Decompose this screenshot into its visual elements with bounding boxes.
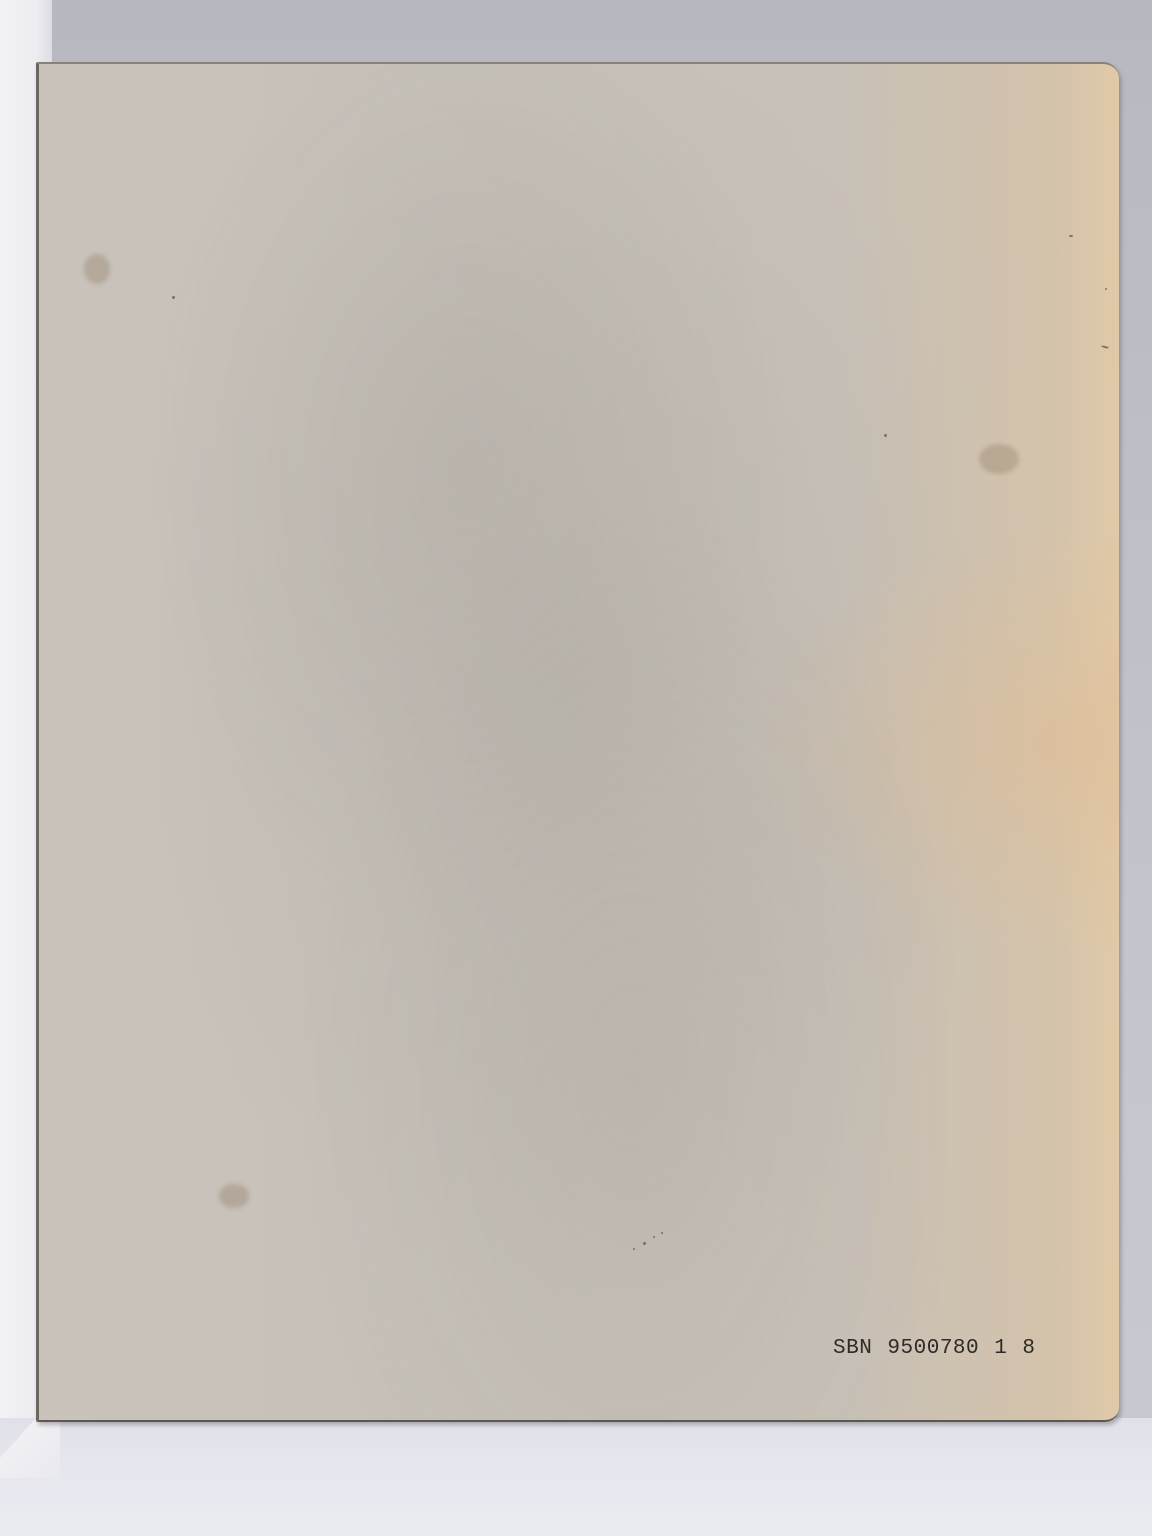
paper-stain [84,254,110,284]
paper-speck [172,296,175,299]
paper-speck [633,1248,635,1250]
sbn-number: SBN 9500780 1 8 [833,1337,1036,1360]
show-through-shading [39,64,1119,1420]
paper-speck [884,434,887,437]
back-cover-page: SBN 9500780 1 8 [36,62,1119,1422]
paper-stain [979,444,1019,474]
photo-scene: SBN 9500780 1 8 [0,0,1152,1536]
tabletop-surface [0,1418,1152,1536]
paper-speck [653,1236,655,1238]
paper-speck [1105,288,1107,290]
paper-speck [661,1232,663,1234]
paper-speck [1069,235,1073,237]
paper-speck [643,1242,646,1245]
paper-stain [219,1184,249,1208]
